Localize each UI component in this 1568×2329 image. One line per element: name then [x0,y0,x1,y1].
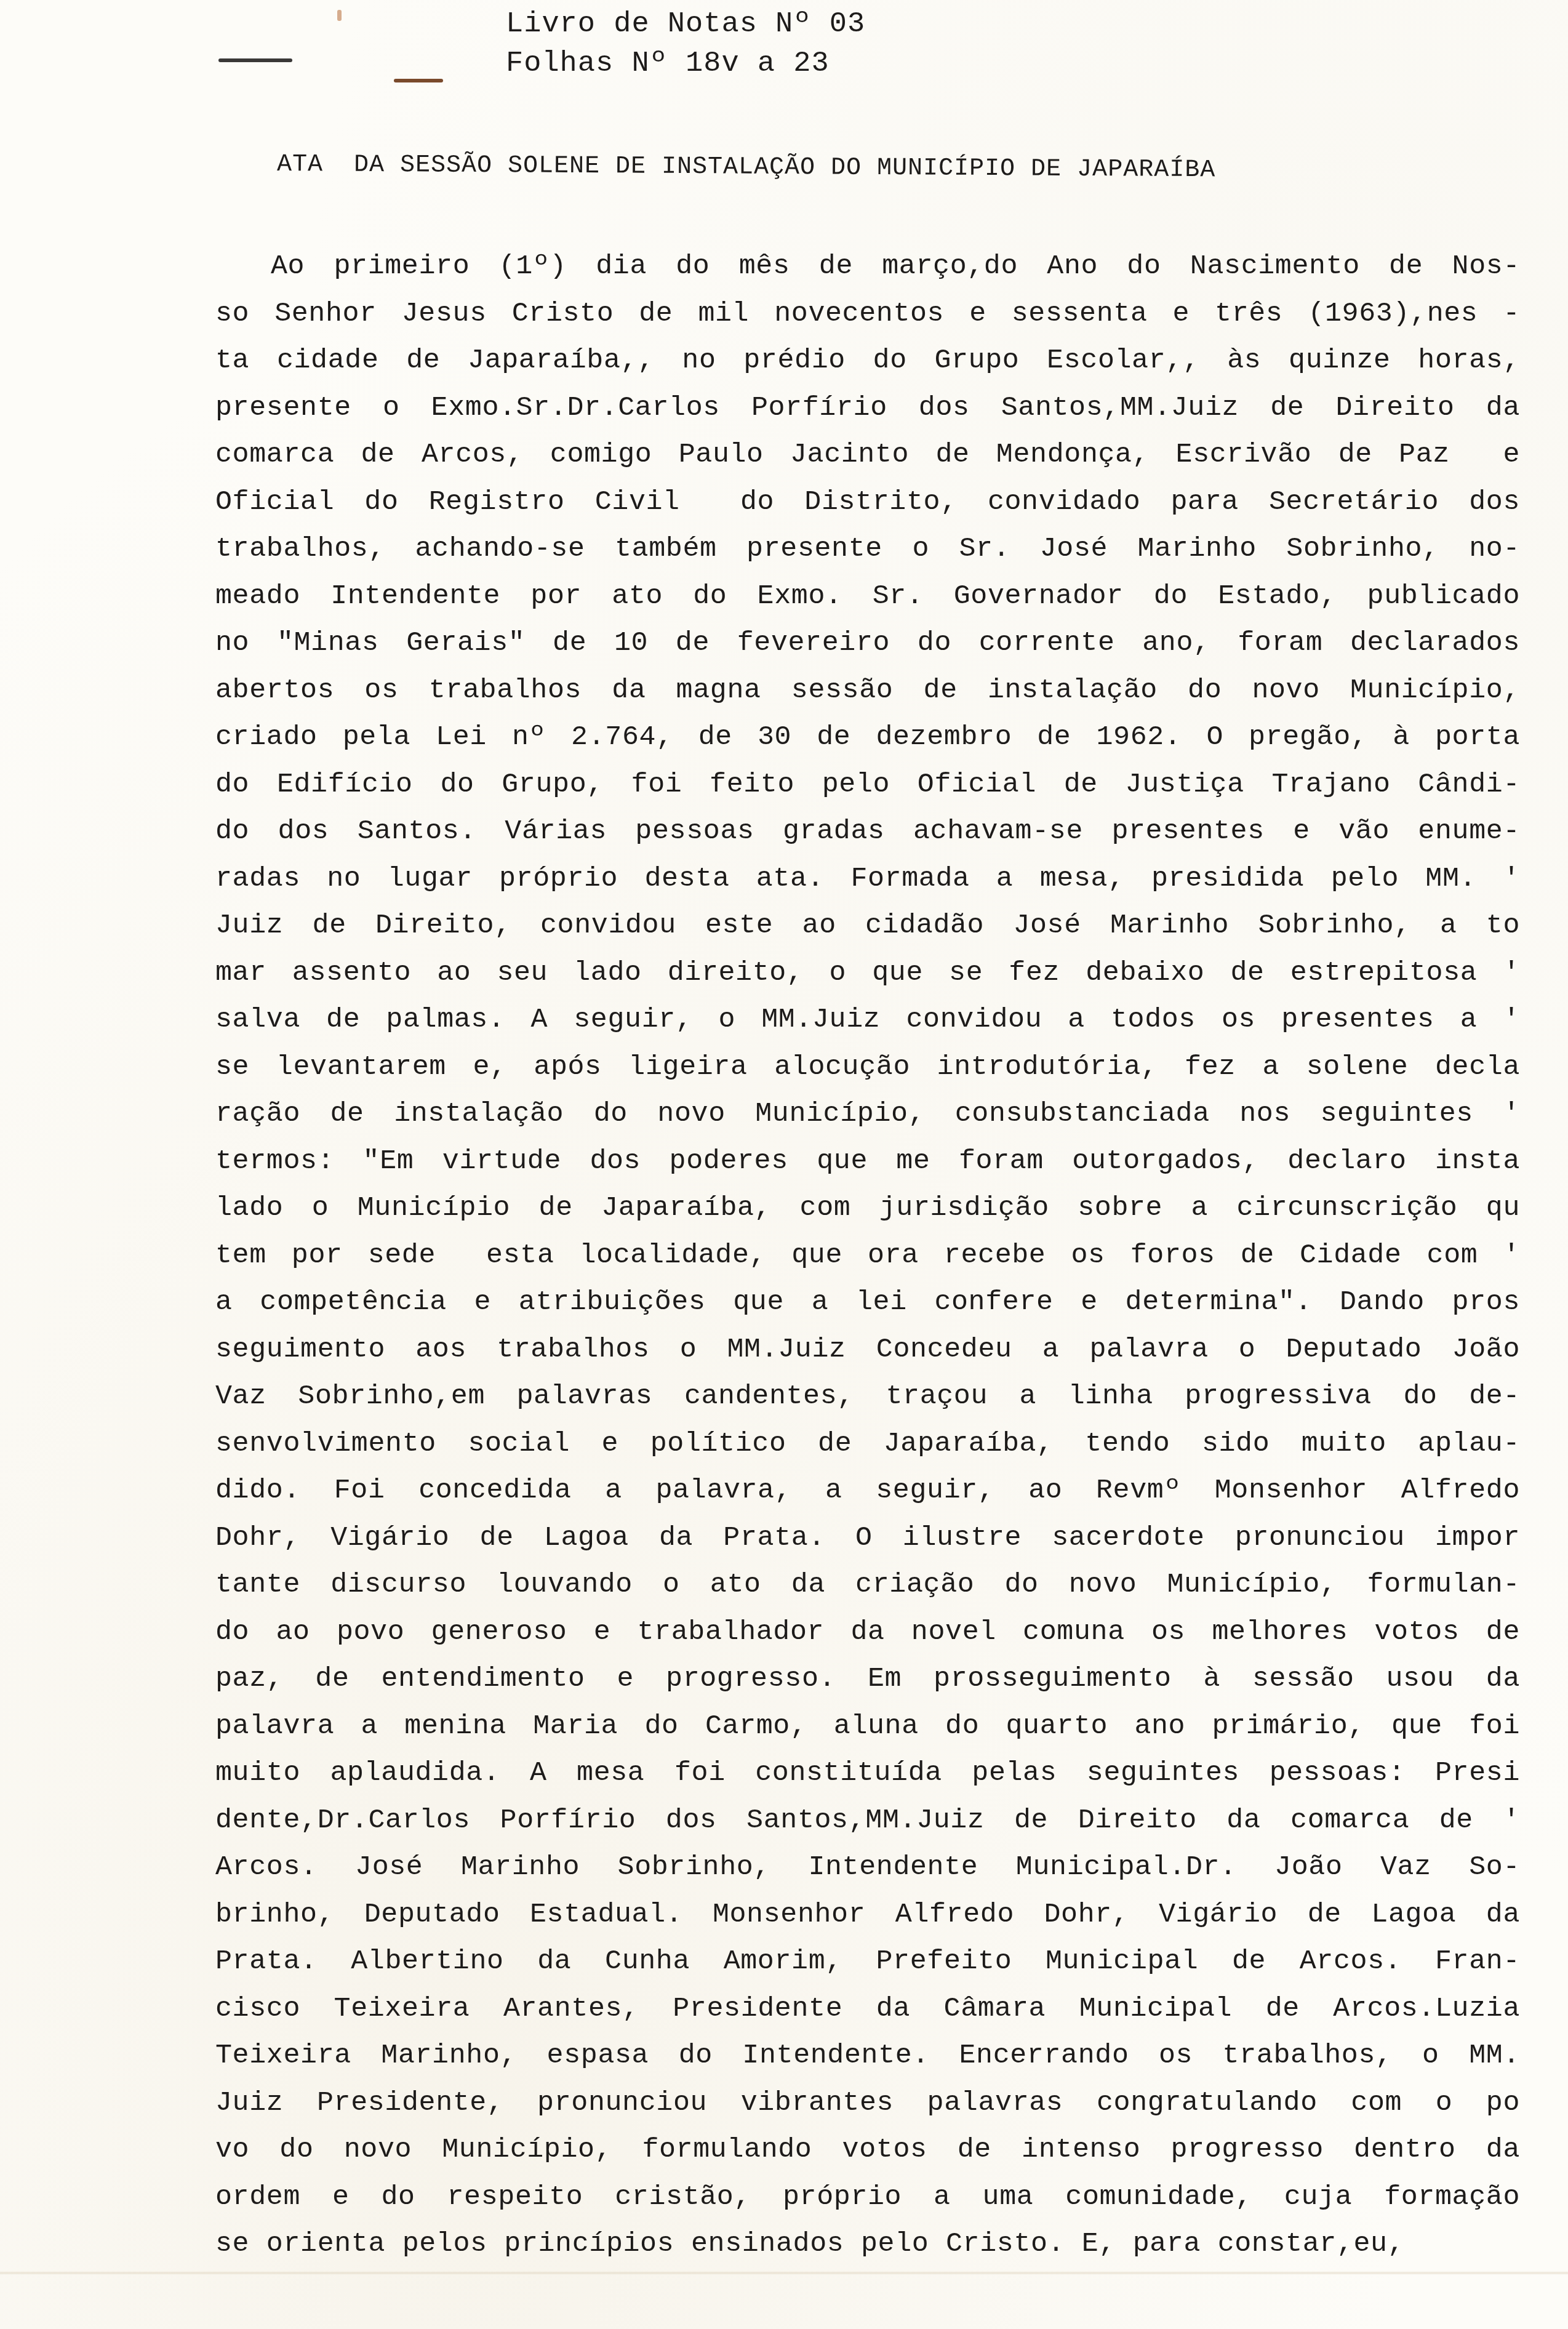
body-line: Arcos. José Marinho Sobrinho, Intendente… [215,1844,1520,1891]
body-line: dente,Dr.Carlos Porfírio dos Santos,MM.J… [215,1797,1520,1845]
body-line: Juiz de Direito, convidou este ao cidadã… [215,902,1520,950]
body-line: se orienta pelos princípios ensinados pe… [215,2221,1520,2268]
body-line: so Senhor Jesus Cristo de mil novecentos… [215,291,1520,338]
body-line: salva de palmas. A seguir, o MM.Juiz con… [215,996,1520,1044]
body-line: senvolvimento social e político de Japar… [215,1421,1520,1468]
body-line: no "Minas Gerais" de 10 de fevereiro do … [215,620,1520,667]
body-line: Vaz Sobrinho,em palavras candentes, traç… [215,1373,1520,1421]
document-header: Livro de Notas Nº 03 Folhas Nº 18v a 23 [506,5,865,84]
body-line: radas no lugar próprio desta ata. Formad… [215,856,1520,903]
rust-stain [337,10,342,21]
body-line: Oficial do Registro Civil do Distrito, c… [215,479,1520,526]
staple-mark [218,58,292,62]
body-line: mar assento ao seu lado direito, o que s… [215,950,1520,997]
document-body: Ao primeiro (1º) dia do mês de março,do … [215,243,1520,2268]
body-line: se levantarem e, após ligeira alocução i… [215,1044,1520,1091]
body-line: paz, de entendimento e progresso. Em pro… [215,1656,1520,1703]
body-line: tem por sede esta localidade, que ora re… [215,1232,1520,1280]
body-line: ta cidade de Japaraíba,, no prédio do Gr… [215,337,1520,385]
body-line: criado pela Lei nº 2.764, de 30 de dezem… [215,714,1520,761]
body-line: Ao primeiro (1º) dia do mês de março,do … [215,243,1520,291]
body-line: do dos Santos. Várias pessoas gradas ach… [215,808,1520,856]
body-line: ordem e do respeito cristão, próprio a u… [215,2174,1520,2221]
body-line: do ao povo generoso e trabalhador da nov… [215,1609,1520,1656]
body-line: brinho, Deputado Estadual. Monsenhor Alf… [215,1891,1520,1939]
document-title: ATA DA SESSÃO SOLENE DE INSTALAÇÃO DO MU… [277,151,1215,184]
body-line: meado Intendente por ato do Exmo. Sr. Go… [215,573,1520,620]
body-line: tante discurso louvando o ato da criação… [215,1561,1520,1609]
rust-staple-mark [394,79,443,82]
body-line: comarca de Arcos, comigo Paulo Jacinto d… [215,431,1520,479]
body-line: trabalhos, achando-se também presente o … [215,526,1520,573]
body-line: Teixeira Marinho, espasa do Intendente. … [215,2032,1520,2080]
body-line: do Edifício do Grupo, foi feito pelo Ofi… [215,761,1520,809]
document-page: Livro de Notas Nº 03 Folhas Nº 18v a 23 … [0,0,1568,2329]
body-line: lado o Município de Japaraíba, com juris… [215,1185,1520,1232]
body-line: muito aplaudida. A mesa foi constituída … [215,1750,1520,1797]
body-line: a competência e atribuições que a lei co… [215,1279,1520,1326]
body-line: ração de instalação do novo Município, c… [215,1091,1520,1138]
paper-fold [0,2271,1568,2275]
body-line: cisco Teixeira Arantes, Presidente da Câ… [215,1986,1520,2033]
body-line: Prata. Albertino da Cunha Amorim, Prefei… [215,1938,1520,1986]
body-line: palavra a menina Maria do Carmo, aluna d… [215,1703,1520,1750]
body-line: Juiz Presidente, pronunciou vibrantes pa… [215,2080,1520,2127]
body-line: termos: "Em virtude dos poderes que me f… [215,1138,1520,1185]
body-line: dido. Foi concedida a palavra, a seguir,… [215,1467,1520,1515]
body-line: vo do novo Município, formulando votos d… [215,2127,1520,2174]
page-range: Folhas Nº 18v a 23 [506,44,865,84]
body-line: presente o Exmo.Sr.Dr.Carlos Porfírio do… [215,385,1520,432]
book-number: Livro de Notas Nº 03 [506,5,865,44]
body-line: abertos os trabalhos da magna sessão de … [215,667,1520,715]
body-line: seguimento aos trabalhos o MM.Juiz Conce… [215,1326,1520,1374]
body-line: Dohr, Vigário de Lagoa da Prata. O ilust… [215,1515,1520,1562]
